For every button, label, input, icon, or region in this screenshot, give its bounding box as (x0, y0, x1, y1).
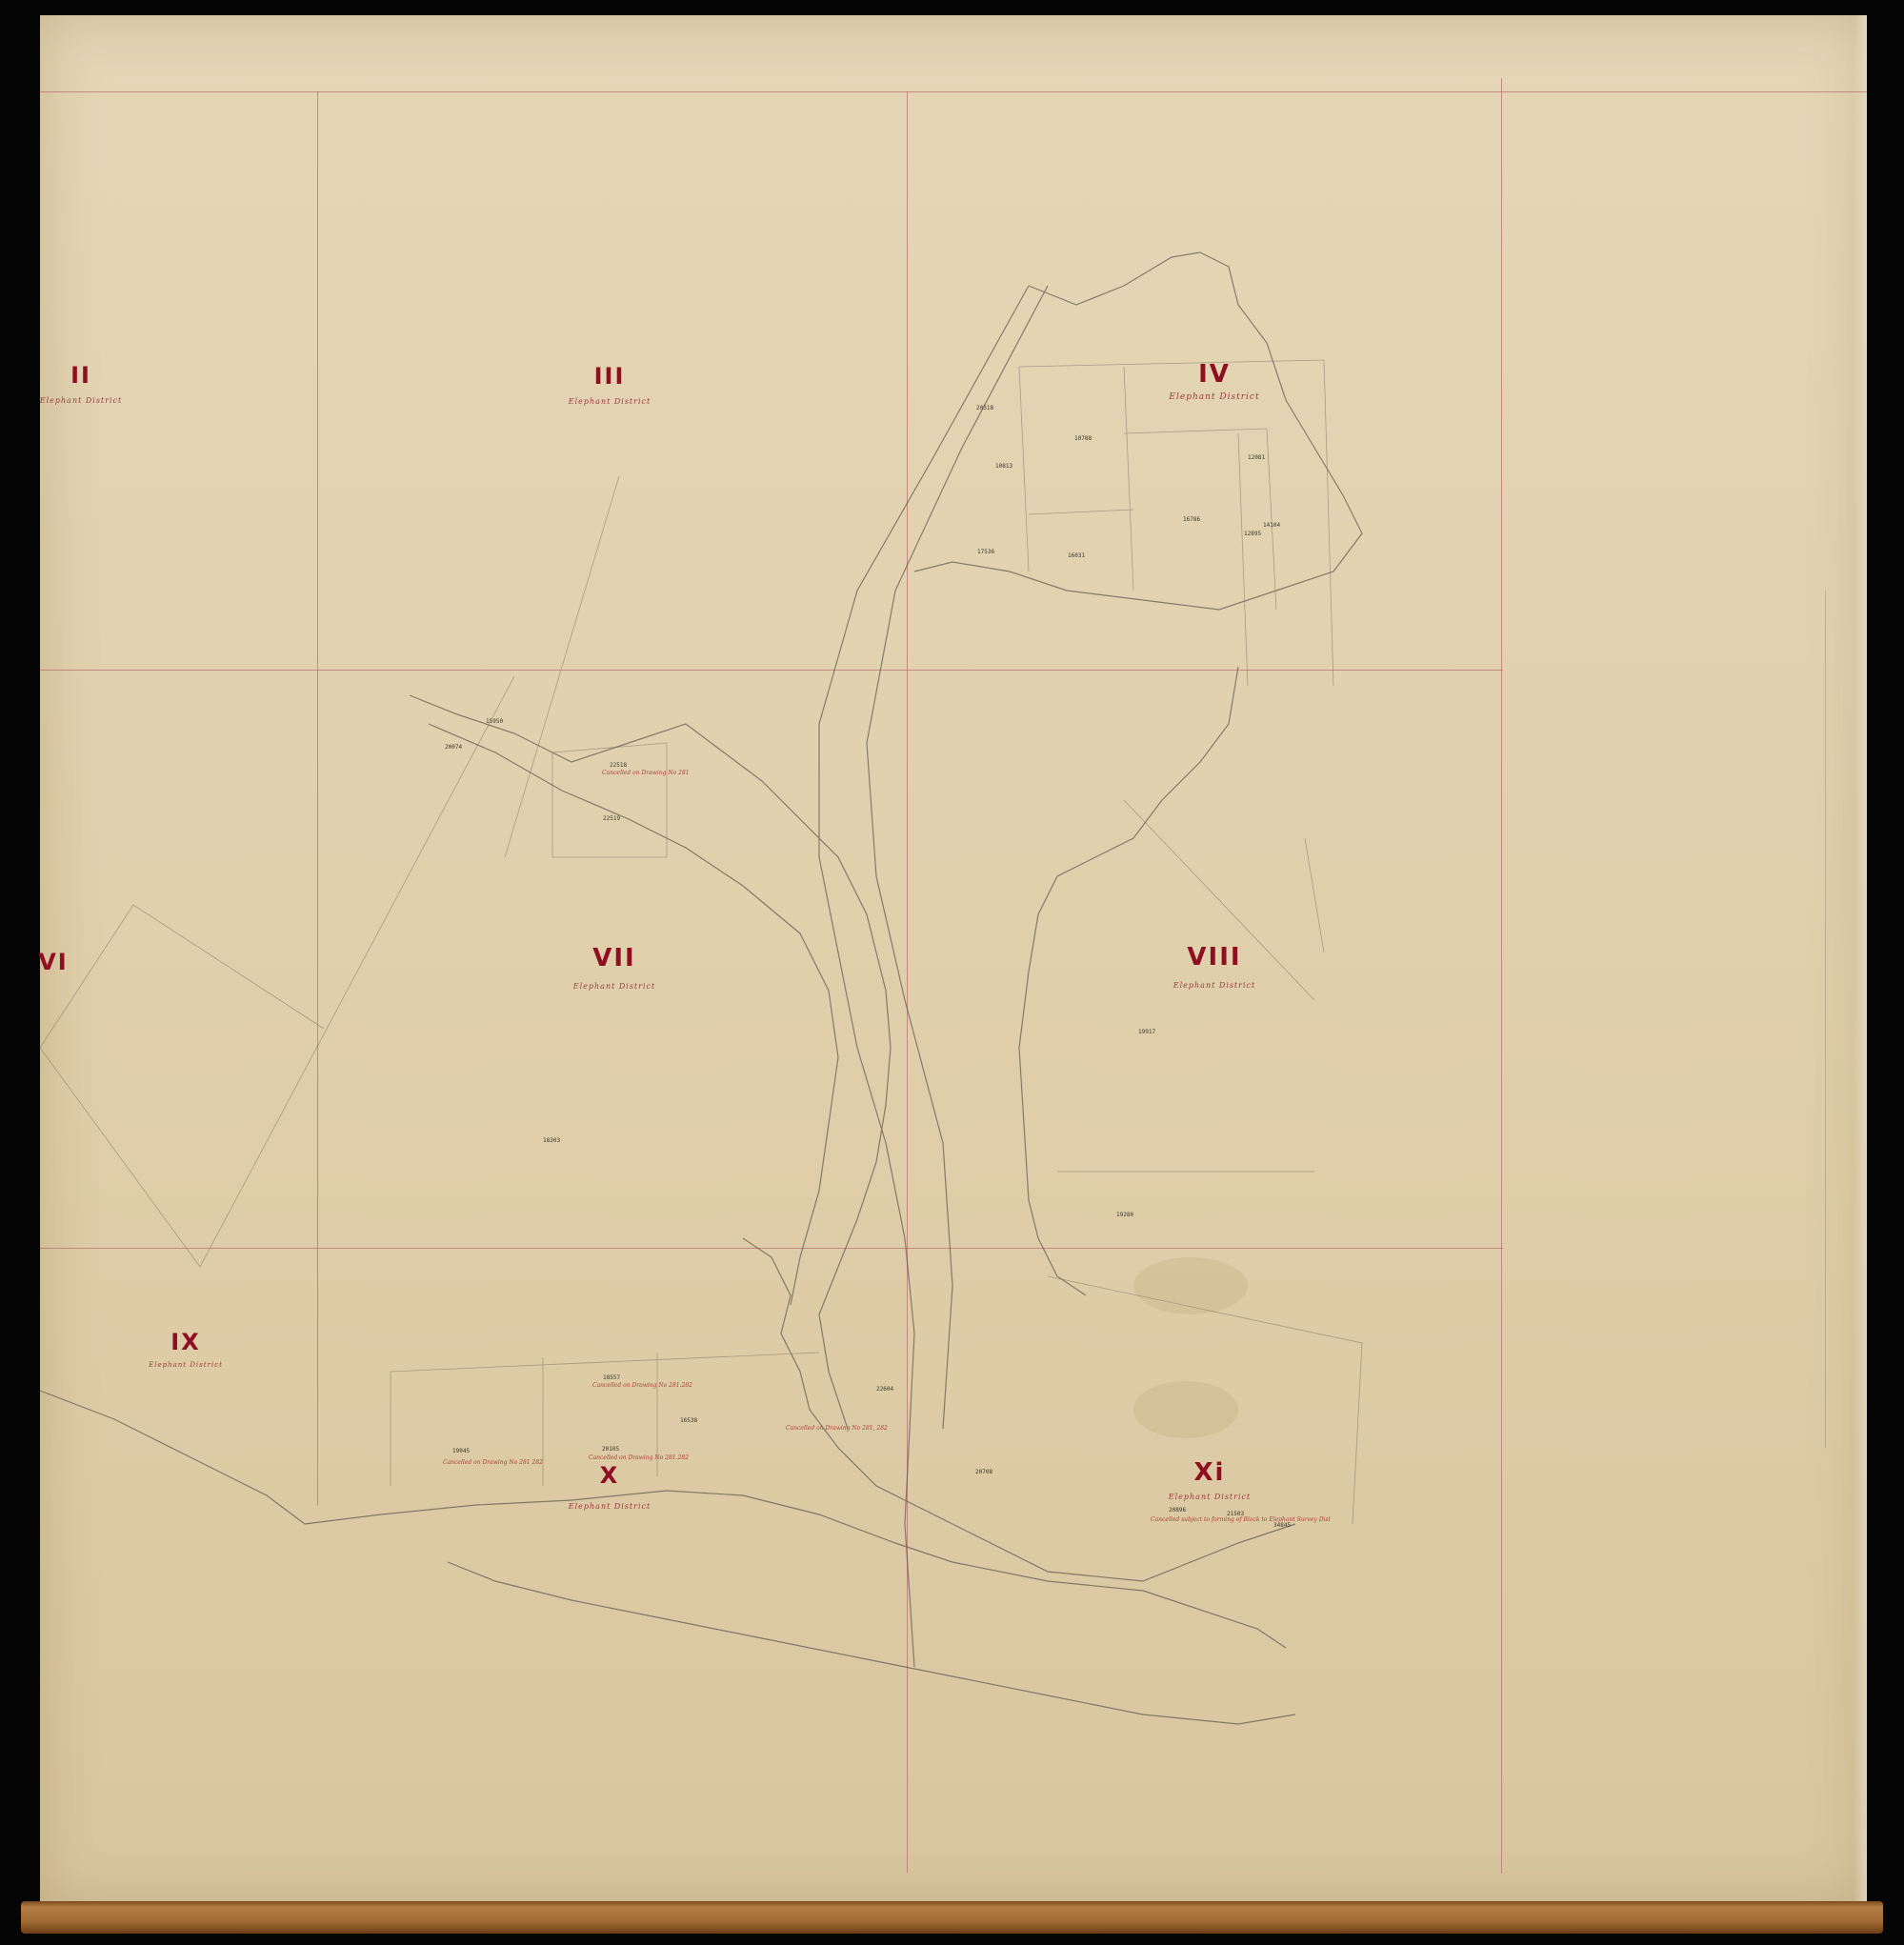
parcel-number: 20318 (976, 405, 993, 411)
parcel-number: 18303 (543, 1137, 560, 1144)
district-numeral: VII (562, 946, 667, 971)
district-label: Elephant District (1157, 981, 1272, 990)
cancellation-note: Cancelled on Drawing No 281, 282 (786, 1425, 888, 1432)
cancellation-note: Cancelled on Drawing No 281 282 (443, 1459, 543, 1466)
district-label: Elephant District (138, 1361, 233, 1369)
wooden-roller (21, 1901, 1883, 1934)
district-vii: VII Elephant District (562, 946, 667, 991)
parcel-number: 19917 (1138, 1029, 1155, 1035)
parcel-number: 10813 (995, 463, 1012, 470)
parcel-number: 34845 (1273, 1522, 1291, 1529)
parcel-number: 14104 (1263, 522, 1280, 529)
district-label: Elephant District (1162, 1493, 1257, 1501)
parcel-number: 17536 (977, 549, 994, 555)
district-numeral: X (557, 1464, 662, 1487)
parcel-number: 12895 (1244, 531, 1261, 537)
district-ii: II Elephant District (38, 364, 124, 405)
parcel-number: 15950 (486, 718, 503, 725)
parcel-number: 12081 (1248, 454, 1265, 461)
district-numeral: II (38, 364, 124, 387)
parcel-number: 22604 (876, 1386, 893, 1393)
parcel-number: 20105 (602, 1446, 619, 1453)
district-label: Elephant District (557, 1502, 662, 1511)
district-label: Elephant District (562, 982, 667, 991)
district-label: Elephant District (38, 396, 124, 405)
cancellation-note: Cancelled subject to forming of Block to… (1151, 1516, 1331, 1523)
district-iv: IV Elephant District (1162, 362, 1267, 402)
district-numeral: VI (34, 951, 72, 973)
district-numeral: IV (1162, 362, 1267, 387)
district-xi: Xi Elephant District (1162, 1460, 1257, 1501)
cancellation-note: Cancelled on Drawing No 281 (602, 770, 690, 776)
parcel-number: 22519 (603, 815, 620, 822)
cancellation-note: Cancelled on Drawing No 281.282 (589, 1454, 689, 1461)
parcel-number: 16538 (680, 1417, 697, 1424)
parcel-number: 18557 (603, 1374, 620, 1381)
district-label: Elephant District (1162, 392, 1267, 402)
parcel-number: 20896 (1169, 1507, 1186, 1514)
district-viii: VIII Elephant District (1157, 945, 1272, 990)
cancellation-note: Cancelled on Drawing No 281.282 (592, 1382, 692, 1389)
parcel-number: 22518 (610, 762, 627, 769)
district-ix: IX Elephant District (138, 1331, 233, 1369)
parcel-number: 19045 (452, 1448, 470, 1454)
parcel-number: 20074 (445, 744, 462, 751)
parcel-number: 16786 (1183, 516, 1200, 523)
survey-linework (0, 0, 1904, 1945)
district-iii: III Elephant District (562, 365, 657, 406)
district-vi: VI (34, 951, 72, 973)
district-numeral: Xi (1162, 1460, 1257, 1485)
district-x: X Elephant District (557, 1464, 662, 1511)
district-numeral: VIII (1157, 945, 1272, 970)
parcel-number: 16031 (1068, 552, 1085, 559)
parcel-number: 19280 (1116, 1212, 1133, 1218)
parcel-number: 20708 (975, 1469, 992, 1475)
district-label: Elephant District (562, 397, 657, 406)
parcel-number: 10788 (1074, 435, 1092, 442)
district-numeral: III (562, 365, 657, 388)
district-numeral: IX (138, 1331, 233, 1353)
